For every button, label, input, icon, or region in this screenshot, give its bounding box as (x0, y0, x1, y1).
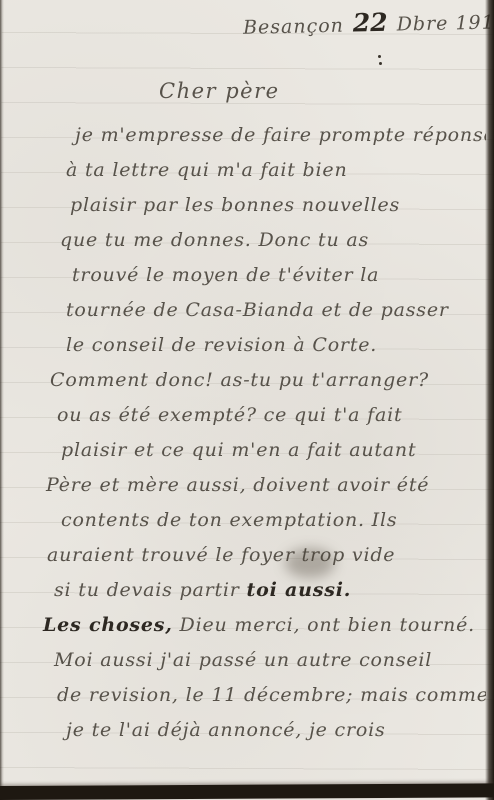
ink-smudge (285, 548, 335, 578)
line-text: à ta lettre qui m'a fait bien (66, 159, 347, 181)
salutation: Cher père (159, 79, 280, 103)
emphasized-text: Les choses, (43, 614, 173, 636)
dateline-place: Besançon (243, 15, 344, 39)
line-text: trouvé le moyen de t'éviter la (72, 264, 379, 286)
line-text: que tu me donnes. Donc tu as (60, 229, 369, 251)
line-text: le conseil de revision à Corte. (66, 334, 377, 356)
letter-line: Père et mère aussi, doivent avoir été (0, 468, 486, 503)
letter-line: ou as été exempté? ce qui t'a fait (0, 398, 486, 433)
letter-line: à ta lettre qui m'a fait bien (0, 153, 486, 188)
emphasized-text: toi aussi. (247, 579, 352, 601)
letter-line: si tu devais partir toi aussi. (0, 573, 486, 608)
dateline: Besançon 22 Dbre 1914 (243, 5, 494, 40)
right-scan-edge (485, 0, 494, 800)
line-text: si tu devais partir (54, 579, 247, 601)
line-text: ou as été exempté? ce qui t'a fait (57, 404, 402, 426)
line-text: de revision, le 11 décembre; mais comme (57, 684, 486, 706)
letter-line: je m'empresse de faire prompte réponse (0, 118, 486, 153)
letter-line: tournée de Casa-Bianda et de passer (0, 293, 486, 328)
letter-line: contents de ton exemptation. Ils (0, 503, 486, 538)
letter-line: plaisir par les bonnes nouvelles (0, 188, 486, 223)
letter-line: trouvé le moyen de t'éviter la (0, 258, 486, 293)
letter-line: je te l'ai déjà annoncé, je crois (0, 713, 486, 748)
letter-line: Comment donc! as-tu pu t'arranger? (0, 363, 486, 398)
line-text: contents de ton exemptation. Ils (61, 509, 397, 531)
left-scan-edge (0, 0, 4, 800)
letter-body: je m'empresse de faire prompte réponseà … (0, 118, 486, 748)
line-text: je m'empresse de faire prompte réponse (75, 124, 486, 146)
letter-line: plaisir et ce qui m'en a fait autant (0, 433, 486, 468)
letter-line: Moi aussi j'ai passé un autre conseil (0, 643, 486, 678)
dateline-day: 22 (353, 8, 388, 38)
bottom-scan-edge (0, 783, 494, 800)
letter-line: que tu me donnes. Donc tu as (0, 223, 486, 258)
line-text: tournée de Casa-Bianda et de passer (66, 299, 449, 321)
line-text: Moi aussi j'ai passé un autre conseil (54, 649, 432, 671)
line-text: Dieu merci, ont bien tourné. (173, 614, 475, 636)
letter-line: de revision, le 11 décembre; mais comme (0, 678, 486, 713)
letter-scan-page: Besançon 22 Dbre 1914 Cher père je m'emp… (0, 0, 494, 800)
dateline-month-year: Dbre 1914 (396, 11, 494, 35)
line-text: Comment donc! as-tu pu t'arranger? (50, 369, 429, 391)
line-text: Père et mère aussi, doivent avoir été (46, 474, 429, 496)
letter-line: Les choses, Dieu merci, ont bien tourné. (0, 608, 486, 643)
line-text: je te l'ai déjà annoncé, je crois (66, 719, 386, 741)
line-text: plaisir et ce qui m'en a fait autant (61, 439, 416, 461)
line-text: auraient trouvé le foyer trop vide (47, 544, 395, 566)
line-text: plaisir par les bonnes nouvelles (70, 194, 400, 216)
letter-line: auraient trouvé le foyer trop vide (0, 538, 486, 573)
letter-line: le conseil de revision à Corte. (0, 328, 486, 363)
ink-dots (378, 55, 381, 58)
